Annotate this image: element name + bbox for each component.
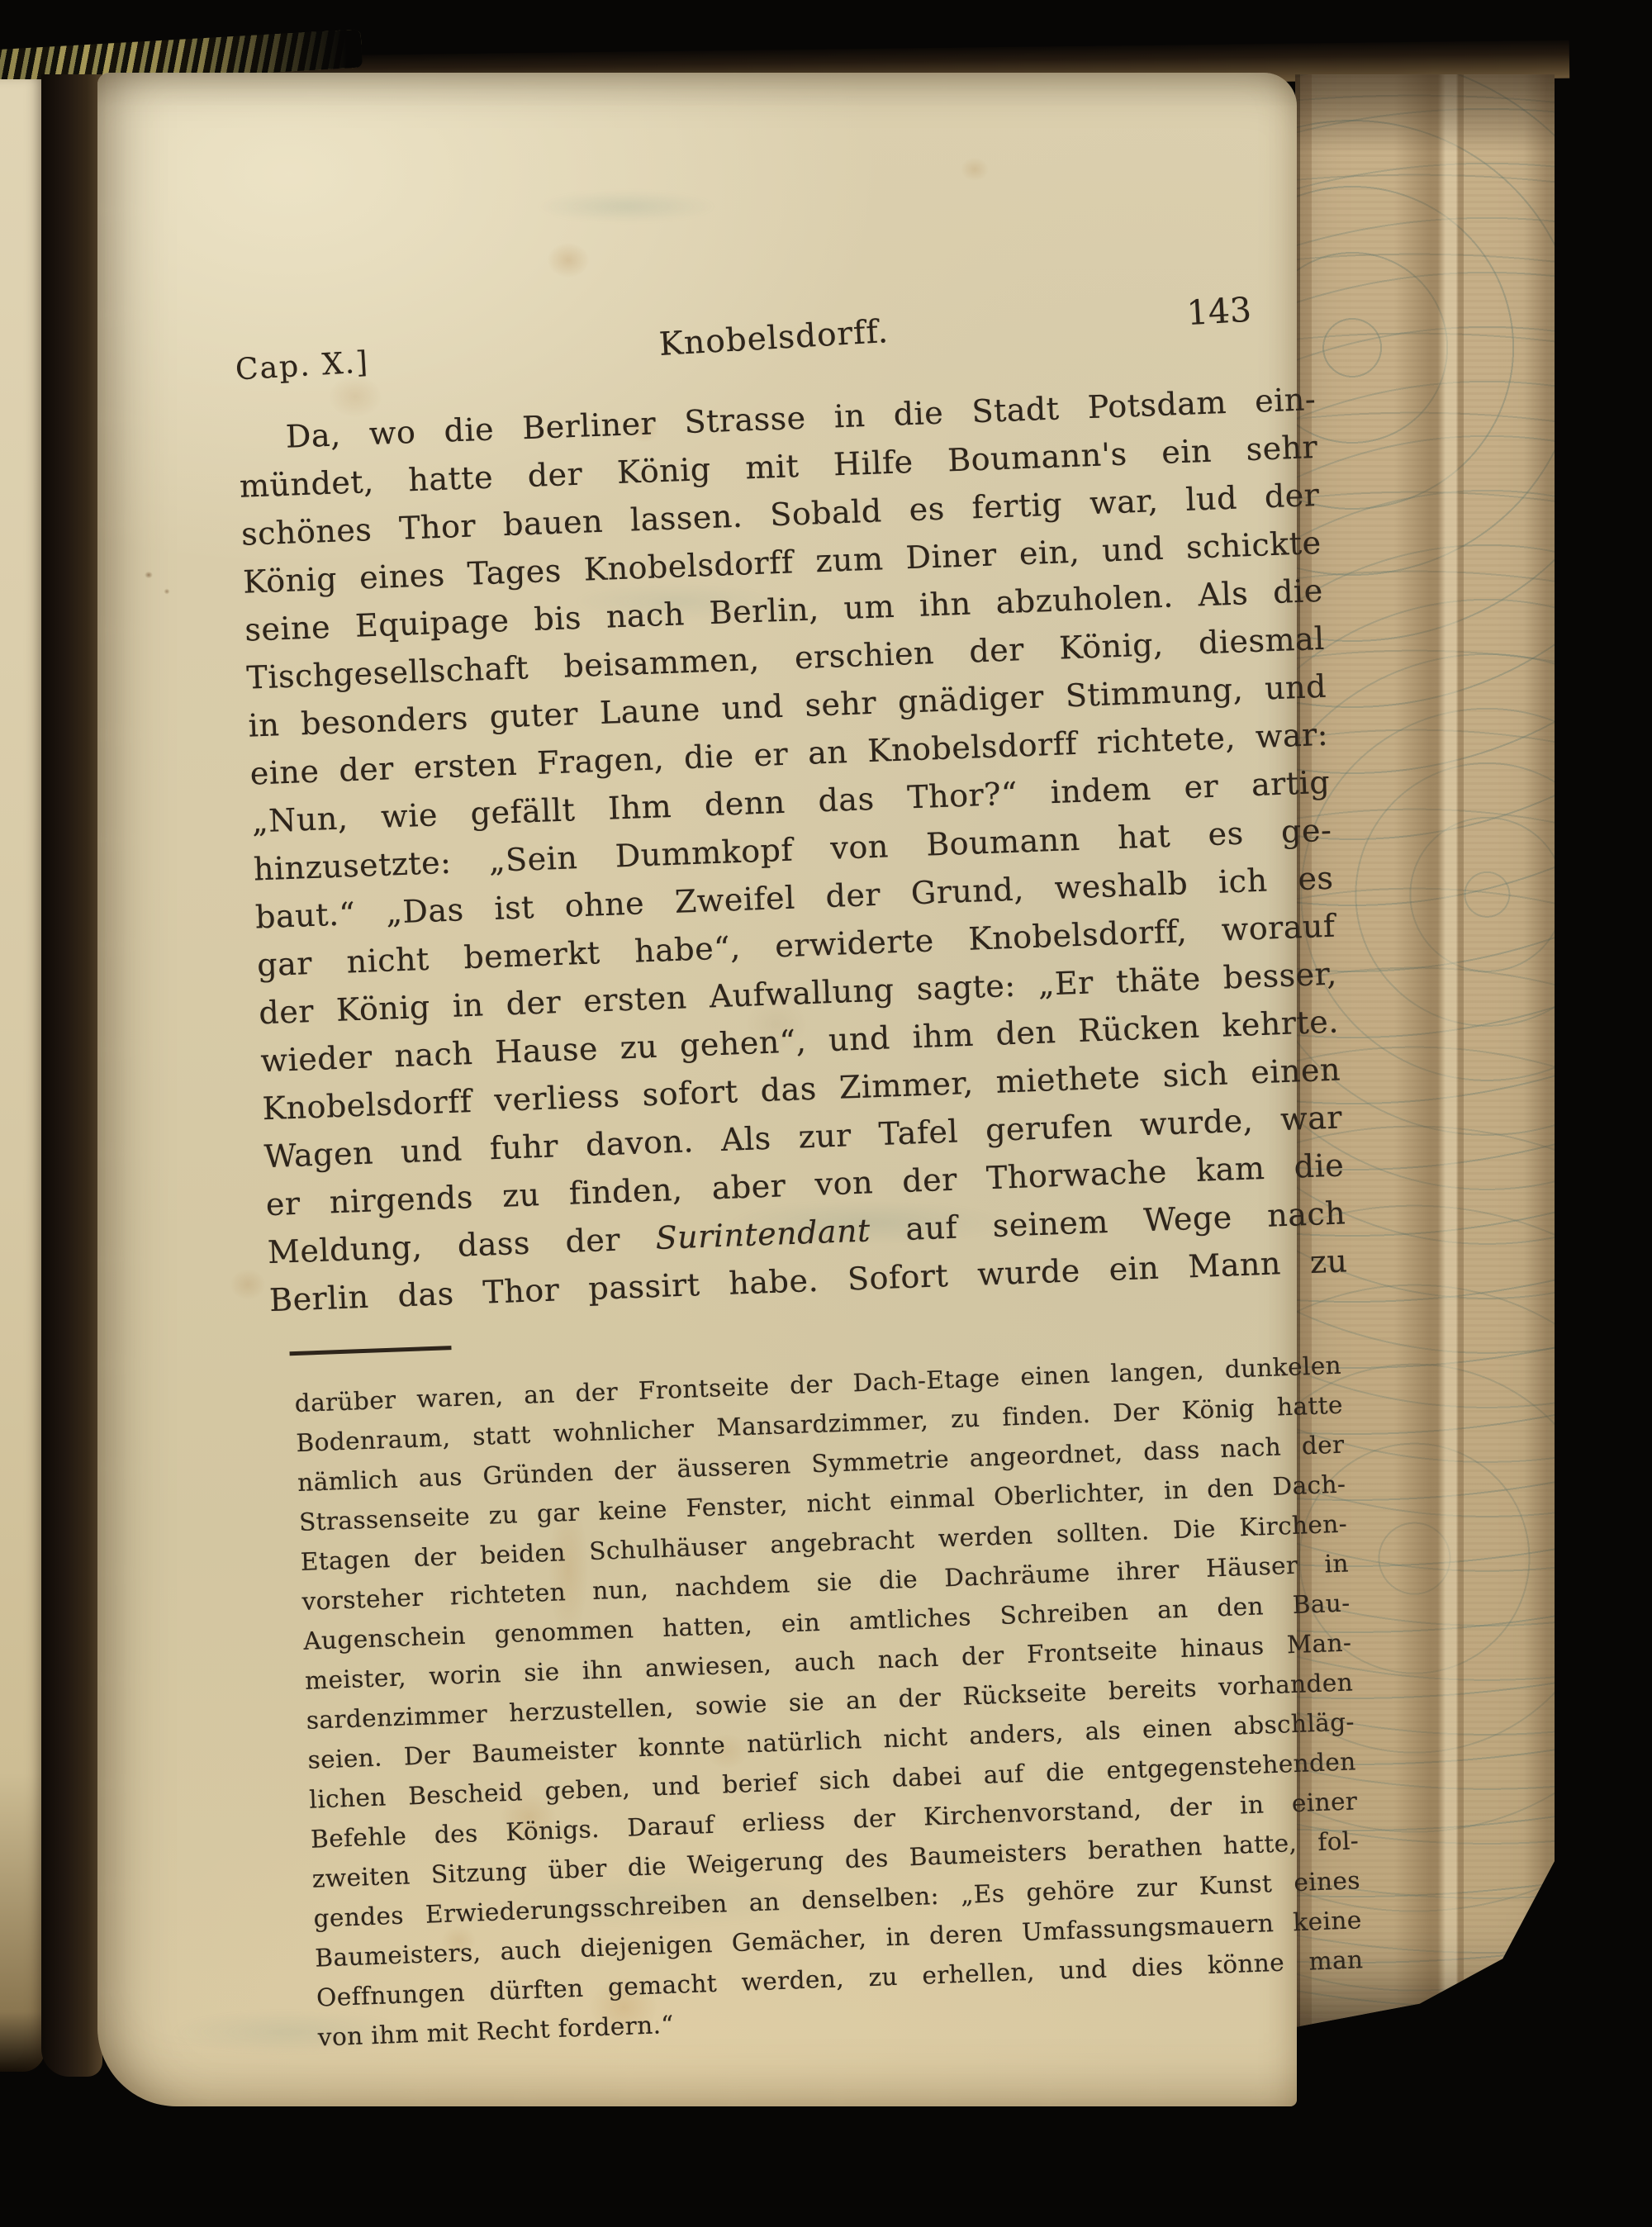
italic-word: Surintendant	[655, 1212, 871, 1256]
text-segment: Meldung, dass der	[267, 1222, 620, 1271]
footnote-block: darüber waren, an der Frontseite der Dac…	[273, 1345, 1375, 2058]
book-page: Cap. X.] Knobelsdorff. 143 Da, wo die Be…	[97, 73, 1297, 2106]
running-title: Knobelsdorff.	[482, 303, 1066, 374]
left-page-edge	[0, 79, 45, 2072]
page-header: Cap. X.] Knobelsdorff. 143	[235, 286, 1314, 387]
book-photo: Cap. X.] Knobelsdorff. 143 Da, wo die Be…	[0, 0, 1652, 2227]
page-content: Cap. X.] Knobelsdorff. 143 Da, wo die Be…	[234, 297, 1375, 2058]
page-number: 143	[1064, 286, 1313, 340]
main-paragraph: Da, wo die Berliner Strasse in die Stadt…	[237, 375, 1349, 1324]
footnote-separator	[289, 1346, 451, 1356]
gutter-shadow	[41, 74, 102, 2077]
chapter-label: Cap. X.]	[235, 339, 484, 387]
